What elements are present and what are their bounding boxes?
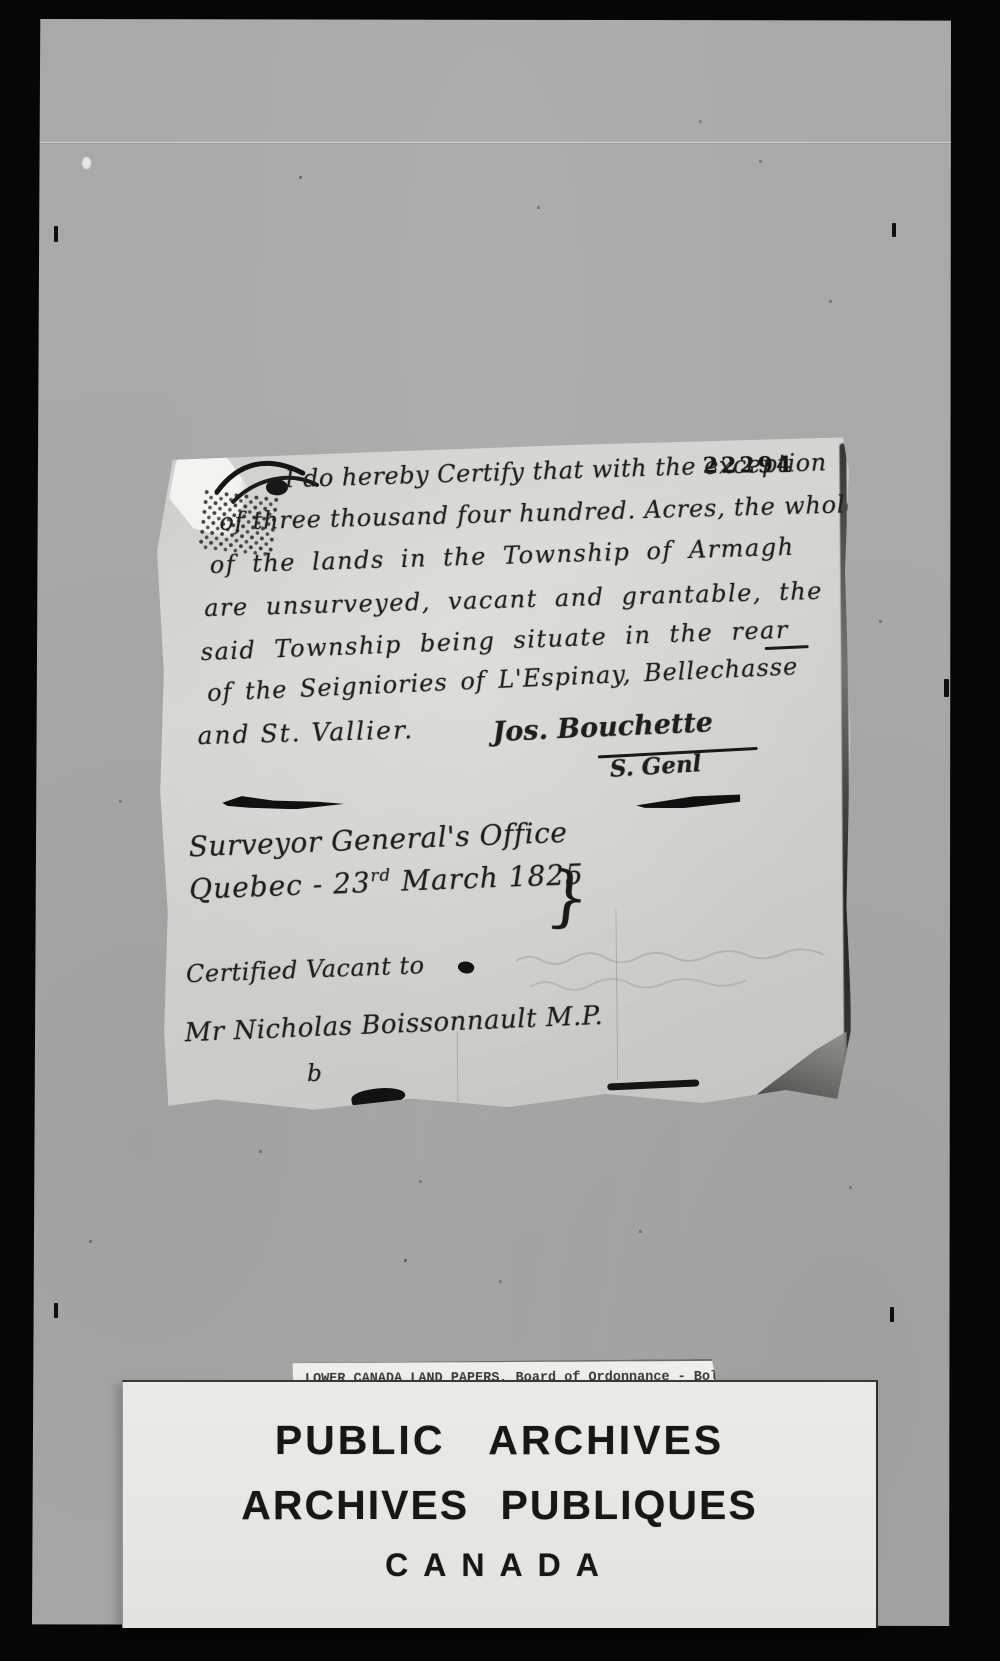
- registration-tick: [890, 1307, 894, 1322]
- footer-line-english: PUBLIC ARCHIVES: [123, 1417, 876, 1464]
- endorsement-line-2: Mr Nicholas Boissonnault M.P.: [184, 1001, 604, 1049]
- footer-line-french: ARCHIVES PUBLIQUES: [123, 1482, 876, 1529]
- ink-flourish-left: [222, 793, 344, 810]
- film-dust-specks: [32, 19, 33, 20]
- registration-tick: [54, 1303, 58, 1318]
- footer-line-canada: CANADA: [123, 1547, 876, 1584]
- endorsement-line-1: Certified Vacant to: [186, 951, 426, 988]
- ink-dash: [765, 645, 809, 650]
- handwriting-line-3: of the lands in the Township of Armagh: [209, 533, 795, 579]
- document-paper: 22294 I do hereby Certify that with the …: [155, 437, 856, 1112]
- handwriting-line-4: are unsurveyed, vacant and grantable, th…: [204, 577, 823, 622]
- registration-tick: [944, 679, 949, 697]
- tear-mark: [607, 1079, 699, 1090]
- handwriting-line-1: I do hereby Certify that with the except…: [284, 448, 827, 493]
- microfilm-scan: 22294 I do hereby Certify that with the …: [0, 0, 1000, 1661]
- film-scratch-line: [32, 142, 951, 143]
- closing-brace: }: [543, 856, 593, 937]
- archives-footer-card: PUBLIC ARCHIVES ARCHIVES PUBLIQUES CANAD…: [122, 1380, 878, 1628]
- signature-name: Jos. Bouchette: [492, 707, 714, 748]
- film-light-blob: [82, 157, 91, 169]
- handwriting-line-7: and St. Vallier.: [197, 715, 414, 750]
- paper-crease: [457, 1032, 459, 1102]
- faint-pencil-note: [508, 940, 839, 999]
- office-line: Surveyor General's Office: [188, 816, 568, 864]
- ink-dot: [456, 959, 475, 976]
- note-mark: b: [307, 1061, 322, 1087]
- registration-tick: [892, 223, 896, 237]
- date-line: Quebec - 23rd March 1825: [189, 857, 585, 905]
- signature-title: S. Genl: [609, 750, 702, 783]
- date-prefix: Quebec - 23: [189, 866, 372, 906]
- ink-flourish-right: [636, 795, 740, 809]
- date-superscript: rd: [370, 865, 392, 886]
- registration-tick: [54, 226, 58, 242]
